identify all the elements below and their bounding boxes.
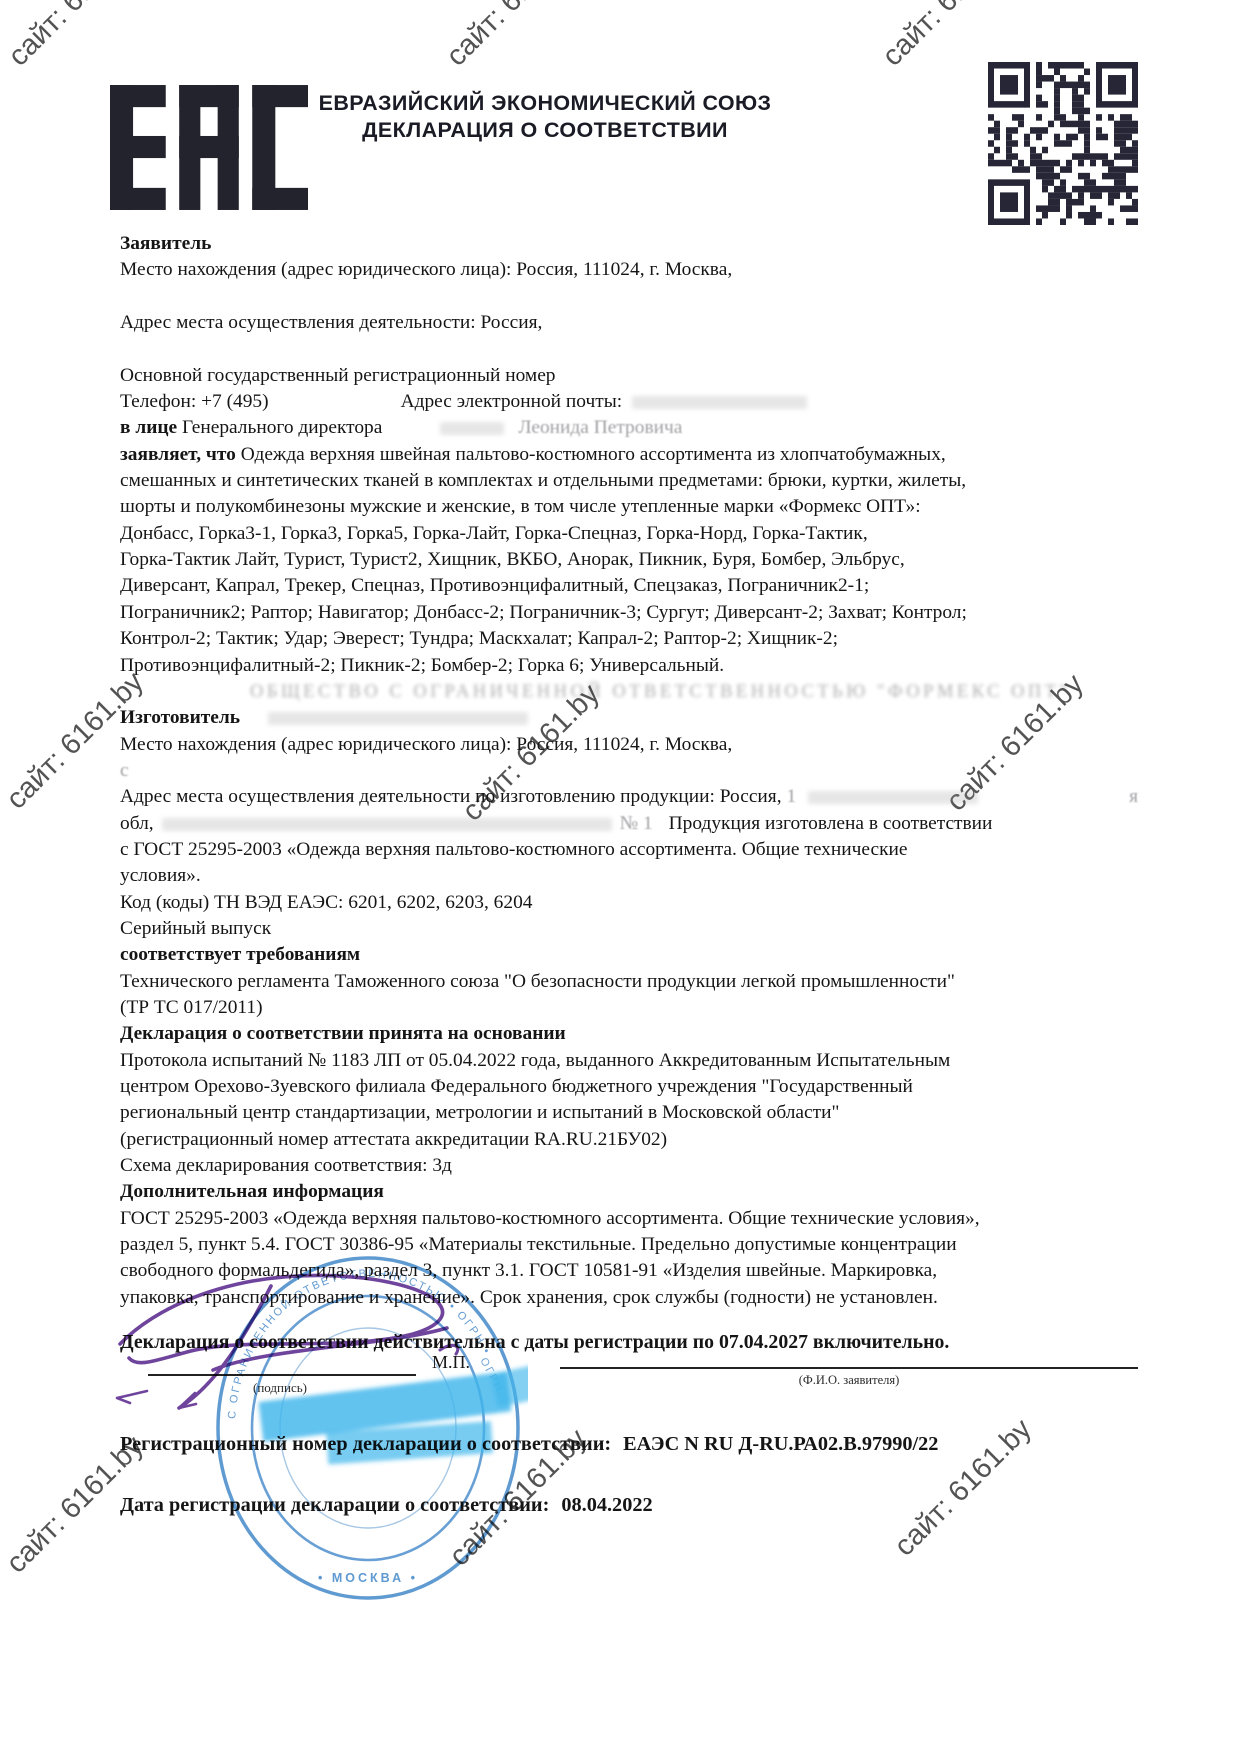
additional-line-1: ГОСТ 25295-2003 «Одежда верхняя пальтово… bbox=[120, 1206, 1142, 1232]
oblast-line: обл,№ 1Продукция изготовлена в соответст… bbox=[120, 811, 1142, 837]
qr-code bbox=[988, 62, 1138, 230]
phone-email-line: Телефон: +7 (495)Адрес электронной почты… bbox=[120, 389, 1142, 415]
stamp-city-text: • МОСКВА • bbox=[318, 1571, 418, 1585]
gost-line-1: с ГОСТ 25295-2003 «Одежда верхняя пальто… bbox=[120, 837, 1142, 863]
faint-char: с bbox=[120, 760, 129, 781]
document-body: Заявитель Место нахождения (адрес юридич… bbox=[120, 231, 1142, 1355]
in-person-role: Генерального директора bbox=[182, 417, 382, 438]
eac-logo-icon bbox=[110, 85, 308, 215]
declares-line-5: Горка-Тактик Лайт, Турист, Турист2, Хищн… bbox=[120, 547, 1142, 573]
declares-line-4: Донбасс, Горка3-1, Горка3, Горка5, Горка… bbox=[120, 521, 1142, 547]
redacted-email bbox=[632, 396, 807, 409]
handwritten-signature bbox=[95, 1252, 575, 1427]
compliance-line-2: (ТР ТС 017/2011) bbox=[120, 995, 1142, 1021]
compliance-line-1: Технического регламента Таможенного союз… bbox=[120, 969, 1142, 995]
accordance-text: Продукция изготовлена в соответствии bbox=[669, 813, 993, 834]
phone-label: Телефон: +7 (495) bbox=[120, 391, 269, 412]
gost-line-2: условия». bbox=[120, 863, 1142, 889]
manufacturer-heading: Изготовитель bbox=[120, 707, 240, 728]
production-address-line: Адрес места осуществления деятельности п… bbox=[120, 784, 1142, 810]
workshop-number-faded: № 1 bbox=[620, 813, 653, 834]
declares-line-3: шорты и полукомбинезоны мужские и женски… bbox=[120, 494, 1142, 520]
production-tail-faded: я bbox=[1129, 784, 1138, 810]
basis-line-3: региональный центр стандартизации, метро… bbox=[120, 1100, 1142, 1126]
basis-line-1: Протокола испытаний № 1183 ЛП от 05.04.2… bbox=[120, 1048, 1142, 1074]
redacted-region bbox=[808, 791, 978, 804]
email-label: Адрес электронной почты: bbox=[401, 391, 623, 412]
director-name-faded: Леонида Петровича bbox=[518, 417, 682, 438]
document-title: ЕВРАЗИЙСКИЙ ЭКОНОМИЧЕСКИЙ СОЮЗ ДЕКЛАРАЦИ… bbox=[300, 90, 790, 144]
production-number-faded: 1 bbox=[786, 786, 796, 807]
title-line-2: ДЕКЛАРАЦИЯ О СООТВЕТСТВИИ bbox=[300, 117, 790, 144]
registration-number-value: ЕАЭС N RU Д-RU.РА02.В.97990/22 bbox=[623, 1433, 938, 1455]
blank-line bbox=[120, 336, 1142, 362]
fio-line bbox=[560, 1367, 1138, 1369]
watermark: сайт: 6161.by bbox=[2, 0, 152, 73]
declares-line-8: Контрол-2; Тактик; Удар; Эверест; Тундра… bbox=[120, 626, 1142, 652]
watermark: сайт: 6161.by bbox=[440, 0, 590, 73]
in-person-lead: в лице bbox=[120, 417, 177, 438]
manufacturer-heading-line: Изготовитель bbox=[120, 705, 1142, 731]
declares-line-7: Пограничник2; Раптор; Навигатор; Донбасс… bbox=[120, 600, 1142, 626]
declares-line-1: заявляет, что Одежда верхняя швейная пал… bbox=[120, 442, 1142, 468]
oblast-label: обл, bbox=[120, 813, 154, 834]
applicant-address: Место нахождения (адрес юридического лиц… bbox=[120, 257, 1142, 283]
blank-line bbox=[120, 284, 1142, 310]
serial-release-line: Серийный выпуск bbox=[120, 916, 1142, 942]
additional-info-heading: Дополнительная информация bbox=[120, 1179, 1142, 1205]
applicant-activity-address: Адрес места осуществления деятельности: … bbox=[120, 310, 1142, 336]
declares-line-9: Противоэнцифалитный-2; Пикник-2; Бомбер-… bbox=[120, 653, 1142, 679]
redacted-company-name: ОБЩЕСТВО С ОГРАНИЧЕННОЙ ОТВЕТСТВЕННОСТЬЮ… bbox=[250, 682, 1071, 702]
production-address: Адрес места осуществления деятельности п… bbox=[120, 786, 782, 807]
redacted-company-blob bbox=[268, 712, 528, 725]
manufacturer-address: Место нахождения (адрес юридического лиц… bbox=[120, 732, 1142, 758]
applicant-ogrn-line: Основной государственный регистрационный… bbox=[120, 363, 1142, 389]
tnved-codes-line: Код (коды) ТН ВЭД ЕАЭС: 6201, 6202, 6203… bbox=[120, 890, 1142, 916]
manufacturer-ghost-name-line: ОБЩЕСТВО С ОГРАНИЧЕННОЙ ОТВЕТСТВЕННОСТЬЮ… bbox=[120, 679, 1142, 705]
basis-heading: Декларация о соответствии принята на осн… bbox=[120, 1021, 1142, 1047]
declares-line-2: смешанных и синтетических тканей в компл… bbox=[120, 468, 1142, 494]
declaration-document-page: сайт: 6161.by сайт: 6161.by сайт: 6161.b… bbox=[0, 0, 1240, 1754]
declares-text: Одежда верхняя швейная пальтово-костюмно… bbox=[241, 444, 946, 465]
compliance-heading: соответствует требованиям bbox=[120, 942, 1142, 968]
scheme-line: Схема декларирования соответствия: 3д bbox=[120, 1153, 1142, 1179]
declares-lead: заявляет, что bbox=[120, 444, 236, 465]
basis-line-4: (регистрационный номер аттестата аккреди… bbox=[120, 1127, 1142, 1153]
in-person-line: в лице Генерального директораЛеонида Пет… bbox=[120, 415, 1142, 441]
faint-char-line: с bbox=[120, 758, 1142, 784]
fio-caption: (Ф.И.О. заявителя) bbox=[560, 1373, 1138, 1388]
basis-line-2: центром Орехово-Зуевского филиала Федера… bbox=[120, 1074, 1142, 1100]
redacted-name-part bbox=[440, 422, 504, 435]
declares-line-6: Диверсант, Капрал, Трекер, Спецназ, Прот… bbox=[120, 573, 1142, 599]
title-line-1: ЕВРАЗИЙСКИЙ ЭКОНОМИЧЕСКИЙ СОЮЗ bbox=[300, 90, 790, 117]
registration-date-value: 08.04.2022 bbox=[561, 1494, 652, 1516]
redacted-address bbox=[162, 818, 612, 831]
applicant-heading: Заявитель bbox=[120, 231, 1142, 257]
